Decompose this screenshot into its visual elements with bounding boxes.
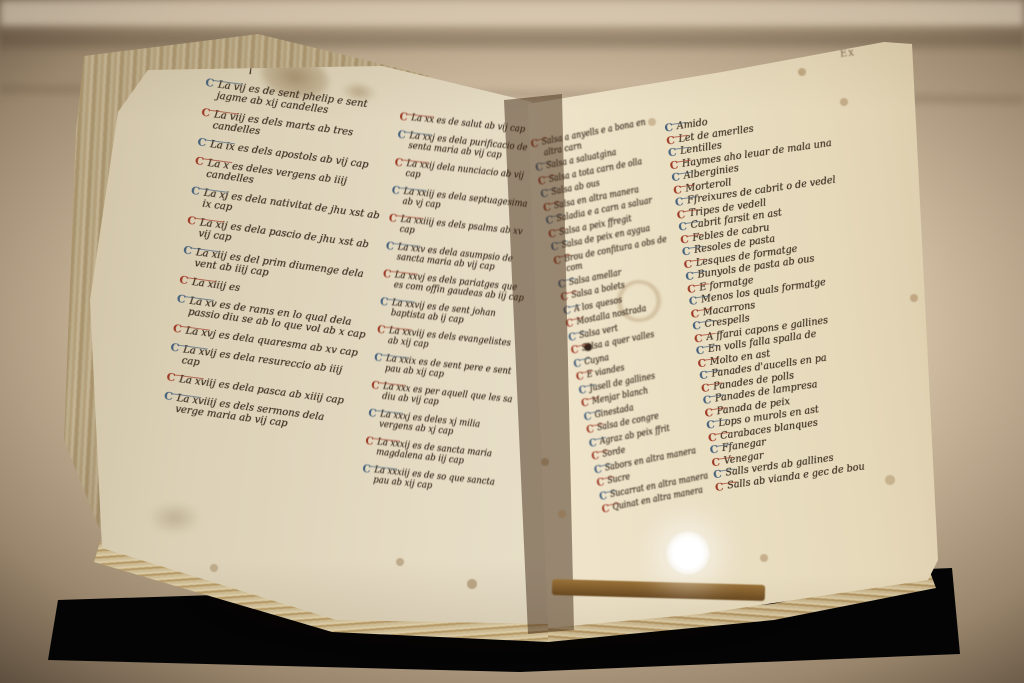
paraph-mark: C xyxy=(197,137,207,148)
entry-text: Molto en ast xyxy=(709,349,771,368)
manuscript-entry: CSalsa a bolets xyxy=(560,269,689,304)
manuscript-entry: CLentilles xyxy=(667,118,885,159)
manuscript-entry: CLa xviiij es dels sermons dela verge ma… xyxy=(162,391,355,438)
paraph-mark: C xyxy=(380,296,389,307)
entry-text: Salsa vert xyxy=(578,323,618,341)
paraph-mark: C xyxy=(399,112,408,123)
manuscript-entry: CAmido xyxy=(664,94,882,135)
entry-text: Amido xyxy=(676,118,708,133)
manuscript-entry: CLa xxvj es dels pariatges que es com of… xyxy=(381,269,526,305)
entry-text: Crespells xyxy=(704,314,750,331)
entry-text: Salsa a quer valles xyxy=(581,330,655,354)
manuscript-entry: CLa vij es de sent phelip e sent jagme a… xyxy=(203,78,396,125)
entry-text: Jusell de gallines xyxy=(589,371,656,394)
manuscript-entry: CVenegar xyxy=(711,428,929,469)
paraph-mark: C xyxy=(685,271,695,282)
paraph-mark: C xyxy=(377,324,386,335)
manuscript-entry: CCrespells xyxy=(692,292,910,333)
paraph-mark: C xyxy=(704,408,714,419)
paraph-mark: C xyxy=(183,246,193,257)
manuscript-entry: CLops o murols en ast xyxy=(706,391,924,432)
paraph-mark: C xyxy=(601,504,610,515)
paraph-mark: C xyxy=(588,437,597,448)
entry-text: Sabors en altra manera xyxy=(604,446,697,474)
paraph-mark: C xyxy=(205,78,215,89)
manuscript-entry: CLa xxxij es de sancta maria magdalena a… xyxy=(364,436,509,472)
manuscript-entry: CPanada de peix xyxy=(704,378,922,419)
manuscript-entry: CSorde xyxy=(591,428,720,463)
manuscript-entry: CLa xiiij es xyxy=(179,275,371,311)
manuscript-entry: CMenjar blanch xyxy=(580,375,709,410)
paraph-mark: C xyxy=(706,420,716,431)
entry-text: Let de amerlles xyxy=(678,124,754,145)
entry-text: Bunyols de pasta ab ous xyxy=(697,254,815,281)
manuscript-entry: CBrou de confitura a obs de com xyxy=(553,232,684,277)
paraph-mark: C xyxy=(678,222,688,233)
entry-text: La x es deles vergens ab iiij candelles xyxy=(205,158,386,203)
paraph-mark: C xyxy=(711,457,721,468)
manuscript-entry: CMostalla nostrada xyxy=(565,295,694,330)
manuscript-entry: CGinestada xyxy=(583,388,712,423)
paraph-mark: C xyxy=(714,482,724,493)
entry-text: Agraz ab peix ffrit xyxy=(599,423,671,447)
manuscript-entry: CLa ix es dels apostols ab vij cap xyxy=(197,137,389,173)
manuscript-entry: CE viandes xyxy=(575,348,704,383)
entry-text: Macarrons xyxy=(702,301,756,319)
paraph-mark: C xyxy=(580,398,589,409)
manuscript-entry: CSalsa amellar xyxy=(557,255,686,290)
entry-text: Panada de peix xyxy=(716,397,791,418)
parchment-stain xyxy=(140,496,210,540)
paraph-mark: C xyxy=(687,284,697,295)
paraph-mark: C xyxy=(688,296,698,307)
paraph-mark: C xyxy=(187,216,197,227)
paraph-mark: C xyxy=(573,358,582,369)
entry-text: A ffarai capons e gallines xyxy=(706,316,829,343)
entry-text: Tripes de vedell xyxy=(688,198,767,219)
foxing-spots xyxy=(0,0,4,4)
paraph-mark: C xyxy=(382,269,391,280)
manuscript-entry: CLa xvj es dela quaresma ab xv cap xyxy=(172,324,364,360)
entry-text: Salls verds ab gallines xyxy=(725,454,834,480)
manuscript-entry: CE formatge xyxy=(687,254,905,295)
paraph-mark: C xyxy=(578,384,587,395)
paraph-mark: C xyxy=(709,445,719,456)
entry-text: Salsa en altra manera xyxy=(553,185,640,212)
paraph-mark: C xyxy=(695,346,705,357)
entry-text: La xxxij es de sancta maria magdalena ab… xyxy=(376,437,509,472)
manuscript-entry: CFebles de cabru xyxy=(680,205,898,246)
paraph-mark: C xyxy=(583,411,592,422)
tablecloth-highlight xyxy=(0,0,1024,26)
entry-text: La xxix es de sent pere e sent pau ab xi… xyxy=(384,353,517,388)
paraph-mark: C xyxy=(713,469,723,480)
manuscript-entry: CResoles de pasta xyxy=(681,217,899,258)
entry-text: La xxxiij es de so que sancta pau ab xij… xyxy=(373,465,506,500)
entry-text: La xij es dela pascio de jhu xst ab vij … xyxy=(198,217,379,262)
manuscript-entry: CMorteroll xyxy=(673,155,891,196)
entry-text: La xviiij es dels sermons dela verge mar… xyxy=(175,393,356,438)
manuscript-entry: CLa xiij es del prim diumenge dela vent … xyxy=(181,246,374,293)
entry-text: E viandes xyxy=(586,363,625,381)
manuscript-entry: CSabors en altra manera xyxy=(593,441,722,476)
manuscript-entry: CSucarrat en altra manera xyxy=(598,467,727,502)
manuscript-entry: CPanades de lampresa xyxy=(702,366,920,407)
entry-text: Morteroll xyxy=(685,178,732,195)
entry-text: Menjar blanch xyxy=(591,386,649,407)
entry-text: Salsa a bolets xyxy=(571,281,626,302)
manuscript-entry: CSalsa a quer valles xyxy=(570,322,699,357)
entry-text: Venegar xyxy=(723,451,764,467)
entry-text: La xxvj es dels pariatges que es com off… xyxy=(393,270,526,305)
parchment-stain xyxy=(616,280,662,322)
paraph-mark: C xyxy=(681,247,691,258)
manuscript-entry: CPanades d'aucells en pa xyxy=(699,341,917,382)
manuscript-entry: CCarabaces blanques xyxy=(707,403,925,444)
entry-text: La xviij es dela pasca ab xiiij cap xyxy=(178,374,344,407)
entry-text: Salsa amellar xyxy=(568,268,622,288)
paraph-mark: C xyxy=(694,333,704,344)
paraph-mark: C xyxy=(575,371,584,382)
entry-text: Panades de polls xyxy=(713,371,795,393)
entry-text: La xvij es dela resureccio ab iiij cap xyxy=(181,344,362,389)
parchment-stain xyxy=(332,75,385,110)
entry-text: La xxv es dela asumpsio de sancta maria … xyxy=(396,242,529,277)
entry-text: Cuyna xyxy=(583,353,609,368)
light-reflection xyxy=(666,531,710,575)
entry-text: Ffreixures de cabrit o de vedel xyxy=(687,176,837,207)
manuscript-entry: CSalsa de peix en aygua xyxy=(550,218,679,253)
manuscript-entry: CSalls verds ab gallines xyxy=(713,440,931,481)
entry-text: Ffanegar xyxy=(721,438,766,455)
manuscript-entry: CMolto en ast xyxy=(697,329,915,370)
manuscript-entry: CAgraz ab peix ffrit xyxy=(588,414,717,449)
entry-text: Carabaces blanques xyxy=(720,418,819,442)
paraph-mark: C xyxy=(690,309,700,320)
manuscript-entry: CSalsa de congre xyxy=(586,401,715,436)
paraph-mark: C xyxy=(701,383,711,394)
paraph-mark: C xyxy=(397,129,406,140)
entry-text: Ginestada xyxy=(594,403,635,421)
manuscript-entry: CSalsa a peix ffregit xyxy=(547,205,676,240)
paraph-mark: C xyxy=(388,213,397,224)
manuscript-entry: CLa xxv es dela asumpsio de sancta maria… xyxy=(384,241,529,277)
paraph-mark: C xyxy=(163,391,173,402)
paraph-mark: C xyxy=(166,372,176,383)
entry-text: Sucarrat en altra manera xyxy=(609,471,709,500)
manuscript-entry: CLesques de formatge xyxy=(683,230,901,271)
paraph-mark: C xyxy=(593,464,602,475)
paraph-mark: C xyxy=(365,436,374,447)
entry-text: Sorde xyxy=(601,446,626,461)
paraph-mark: C xyxy=(707,432,717,443)
right-page-column-2: CAmidoCLet de amerllesCLentillesCHaymes … xyxy=(664,94,933,496)
paraph-mark: C xyxy=(683,259,693,270)
entry-text: La xj es dela nativitat de jhu xst ab ix… xyxy=(202,188,383,233)
paraph-mark: C xyxy=(674,197,684,208)
manuscript-entry: CLa xxix es de sent pere e sent pau ab x… xyxy=(373,352,518,388)
manuscript-entry: CLa xxxiij es de so que sancta pau ab xi… xyxy=(361,464,506,500)
manuscript-entry: CMacarrons xyxy=(690,279,908,320)
entry-text: Resoles de pasta xyxy=(694,235,776,257)
paraph-mark: C xyxy=(598,490,607,501)
paraph-mark: C xyxy=(194,156,204,167)
paraph-mark: C xyxy=(680,234,690,245)
entry-text: Quinat en altra manera xyxy=(612,486,704,514)
paraph-mark: C xyxy=(371,380,380,391)
entry-text: Lesques de formatge xyxy=(695,244,798,269)
manuscript-entry: CLa xxx es per aquell que les sa diu ab … xyxy=(370,380,515,416)
paraph-mark: C xyxy=(591,451,600,462)
entry-text: La vij es de sent phelip e sent jagme ab… xyxy=(216,80,397,125)
manuscript-entry: CQuinat en altra manera xyxy=(601,481,730,516)
paraph-mark: C xyxy=(697,358,707,369)
entry-text: La xiiij es xyxy=(191,277,240,294)
ink-blot xyxy=(584,343,592,351)
entry-text: Lops o murols en ast xyxy=(718,405,820,429)
manuscript-entry: CA ffarai capons e gallines xyxy=(694,304,912,345)
entry-text: La viij es dels marts ab tres candelles xyxy=(212,109,393,154)
entry-text: En volls falla spalla de xyxy=(707,330,817,356)
entry-text: Febles de cabru xyxy=(692,223,770,244)
entry-text: La xxxj es deles xj milia vergens ab xj … xyxy=(379,409,512,444)
paraph-mark: C xyxy=(201,108,211,119)
entry-text: Mostalla nostrada xyxy=(576,304,648,328)
entry-text: La xiij es del prim diumenge dela vent a… xyxy=(194,247,375,292)
manuscript-entry: CLet de amerlles xyxy=(666,106,884,147)
entry-text: Panades d'aucells en pa xyxy=(711,354,827,381)
manuscript-entry: CAlberginies xyxy=(671,143,889,184)
paraph-mark: C xyxy=(692,321,702,332)
paraph-mark: C xyxy=(666,135,676,146)
paraph-mark: C xyxy=(394,157,403,168)
paraph-mark: C xyxy=(385,241,394,252)
paraph-mark: C xyxy=(671,172,681,183)
entry-text: Salsa de peix en aygua xyxy=(561,224,651,251)
manuscript-entry: CPanades de polls xyxy=(701,353,919,394)
manuscript-entry: CTripes de vedell xyxy=(676,180,894,221)
entry-text: Cabrit farsit en ast xyxy=(690,209,783,232)
manuscript-entry: CCabrit farsit en ast xyxy=(678,193,896,234)
paraph-mark: C xyxy=(374,352,383,363)
paraph-mark: C xyxy=(176,294,186,305)
paraph-mark: C xyxy=(368,408,377,419)
entry-text: Menos los quals formatge xyxy=(700,278,826,306)
paraph-mark: C xyxy=(362,464,371,475)
entry-text: Sucre xyxy=(607,472,631,487)
paraph-mark: C xyxy=(172,324,182,335)
entry-text: La ix es dels apostols ab vij cap xyxy=(209,139,369,171)
manuscript-entry: CFfanegar xyxy=(709,415,927,456)
entry-text: Saladia e a carn a saluar xyxy=(556,196,653,225)
manuscript-entry: CMenos los quals formatge xyxy=(688,267,906,308)
entry-text: Lentilles xyxy=(680,141,723,157)
paraph-mark: C xyxy=(391,185,400,196)
manuscript-entry: CA los quesos xyxy=(562,282,691,317)
entry-text: E formatge xyxy=(699,276,754,294)
manuscript-entry: CSalsa vert xyxy=(567,308,696,343)
paraph-mark: C xyxy=(676,209,686,220)
entry-text: Haymes aho leuar de mala una xyxy=(681,138,832,169)
manuscript-entry: CLa xxvij es de sent johan baptista ab i… xyxy=(378,296,523,332)
entry-text: Salsa a peix ffregit xyxy=(558,214,632,238)
paraph-mark: C xyxy=(673,185,683,196)
manuscript-entry: CLa viij es dels marts ab tres candelles xyxy=(199,108,392,155)
entry-text: La xxvij es de sent johan baptista ab ij… xyxy=(390,298,523,333)
entry-text: Alberginies xyxy=(683,164,739,182)
manuscript-entry: CEn volls falla spalla de xyxy=(695,316,913,357)
manuscript-entry: CLa x es deles vergens ab iiij candelles xyxy=(193,156,386,203)
entry-text: La xxviij es dels evangelistes ab xij ca… xyxy=(387,326,520,361)
paraph-mark: C xyxy=(596,477,605,488)
entry-text: Salsa de congre xyxy=(596,412,660,434)
paraph-mark: C xyxy=(570,345,579,356)
paraph-mark: C xyxy=(702,395,712,406)
manuscript-entry: CLa xxviij es dels evangelistes ab xij c… xyxy=(375,324,520,360)
photograph-of-manuscript: † CLa vij es de sent phelip e sent jagme… xyxy=(0,0,1024,683)
manuscript-entry: CLa xv es de rams en lo qual dela passio… xyxy=(175,294,368,341)
entry-text: A los quesos xyxy=(573,295,623,315)
entry-text: Brou de confitura a obs de com xyxy=(563,232,683,275)
manuscript-entry: CLa xviij es dela pasca ab xiiij cap xyxy=(166,372,358,408)
manuscript-entry: CFfreixures de cabrit o de vedel xyxy=(674,168,892,209)
paraph-mark: C xyxy=(179,275,189,286)
manuscript-entry: CLa xvij es dela resureccio ab iiij cap xyxy=(168,343,361,390)
paraph-mark: C xyxy=(699,370,709,381)
entry-text: Salls ab vianda e gec de bou xyxy=(727,462,866,492)
manuscript-entry: CCuyna xyxy=(573,335,702,370)
manuscript-entry: CLa xij es dela pascio de jhu xst ab vij… xyxy=(185,216,378,263)
entry-text: Panades de lampresa xyxy=(714,380,818,405)
paraph-mark: C xyxy=(170,343,180,354)
manuscript-entry: CSucre xyxy=(596,454,725,489)
manuscript-entry: CJusell de gallines xyxy=(578,361,707,396)
paraph-mark: C xyxy=(667,148,677,159)
entry-text: La xv es de rams en lo qual dela passio … xyxy=(187,296,368,341)
paraph-mark: C xyxy=(567,331,576,342)
paraph-mark: C xyxy=(664,123,674,134)
manuscript-entry: CSalls ab vianda e gec de bou xyxy=(714,453,932,494)
manuscript-entry: CBunyols de pasta ab ous xyxy=(685,242,903,283)
paraph-mark: C xyxy=(190,186,200,197)
manuscript-entry: CLa xj es dela nativitat de jhu xst ab i… xyxy=(189,186,382,233)
paraph-mark: C xyxy=(669,160,679,171)
entry-text: La xvj es dela quaresma ab xv cap xyxy=(185,326,358,360)
entry-text: La xxx es per aquell que les sa diu ab v… xyxy=(381,381,514,416)
manuscript-entry: CHaymes aho leuar de mala una xyxy=(669,131,887,172)
manuscript-entry: CLa xxxj es deles xj milia vergens ab xj… xyxy=(367,408,512,444)
left-page-column-1: CLa vij es de sent phelip e sent jagme a… xyxy=(161,78,397,446)
paraph-mark: C xyxy=(586,424,595,435)
